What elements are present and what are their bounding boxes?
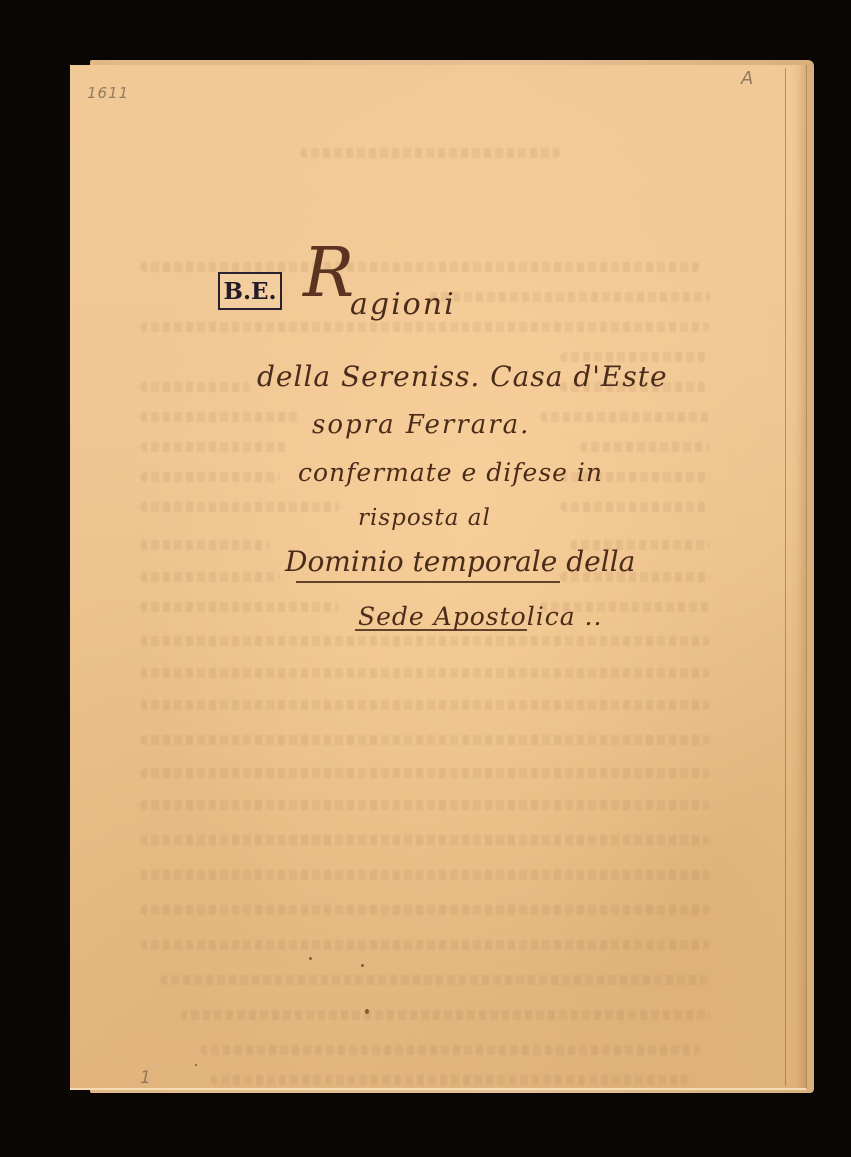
title-line-6: Sede Apostolica .. bbox=[358, 602, 602, 631]
underline-1 bbox=[296, 581, 560, 583]
underline-2 bbox=[355, 629, 527, 631]
pencil-letter-mark: A bbox=[741, 68, 753, 89]
title-line-1: della Sereniss. Casa d'Este bbox=[257, 360, 668, 393]
ink-spot bbox=[365, 1009, 369, 1014]
title-word: agioni bbox=[350, 287, 456, 322]
library-stamp: B.E. bbox=[218, 272, 282, 310]
title-line-5: Dominio temporale della bbox=[285, 545, 635, 578]
stamp-text: B.E. bbox=[224, 278, 277, 305]
ink-spot bbox=[195, 1064, 197, 1066]
title-line-4: risposta al bbox=[358, 505, 491, 531]
ink-spot bbox=[361, 964, 364, 967]
page-edge-line bbox=[785, 68, 786, 1086]
title-line-3: confermate e difese in bbox=[298, 458, 603, 487]
pencil-page-number: 1 bbox=[140, 1068, 151, 1088]
ink-spot bbox=[309, 957, 312, 960]
pencil-folio-number: 1611 bbox=[87, 84, 129, 102]
manuscript-scan: 1611 A 1 B.E. R agioni della Sereniss. C… bbox=[0, 0, 851, 1157]
title-line-2: sopra Ferrara. bbox=[312, 410, 530, 440]
title-initial-letter: R bbox=[303, 240, 354, 308]
